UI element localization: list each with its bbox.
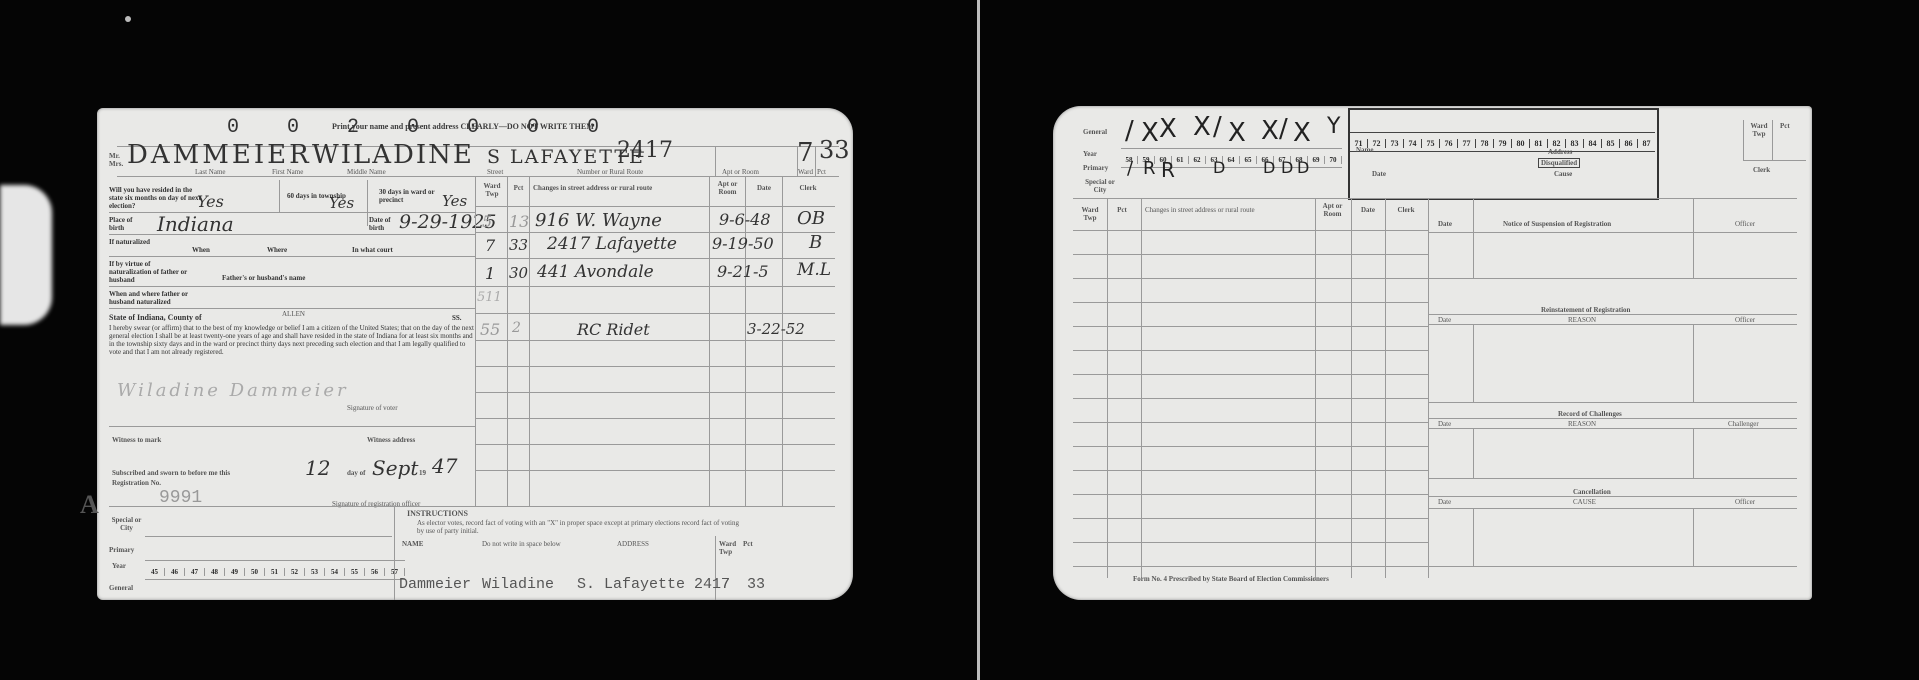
grid-label-general: General (109, 584, 133, 592)
back-col-date: Date (1351, 206, 1385, 214)
state-county-label: State of Indiana, County of (109, 314, 229, 322)
footer-label-name: NAME (402, 540, 423, 548)
section-letter: A (80, 490, 99, 520)
suspension-title: Notice of Suspension of Registration (1503, 220, 1611, 228)
vote-mark: / (1213, 112, 1222, 142)
grid-label-special: Special or City (109, 516, 144, 532)
vote-mark: Y (1327, 114, 1340, 139)
boxed-date-label: Date (1372, 170, 1386, 178)
typed-pct: 33 (747, 576, 765, 593)
reinstatement-date-label: Date (1438, 316, 1451, 324)
vote-mark: X (1193, 112, 1211, 142)
typed-address: S. Lafayette 2417 (577, 576, 730, 593)
place-of-birth-label: Place of birth (109, 216, 149, 232)
instructions-title: INSTRUCTIONS (407, 510, 468, 518)
street-number-value: 2417 (617, 138, 673, 163)
vote-mark: X (1228, 118, 1246, 148)
vote-mark: X (1159, 114, 1177, 144)
challenges-reason-label: REASON (1568, 420, 1596, 428)
voter-signature-label: Signature of voter (347, 404, 398, 412)
grid-label-year: Year (112, 562, 126, 570)
reinstatement-title: Reinstatement of Registration (1541, 306, 1630, 314)
primary-mark: R (1143, 158, 1156, 179)
last-name-value: DAMMEIER (127, 140, 312, 170)
naturalized-court-label: In what court (352, 246, 432, 254)
suspension-officer-label: Officer (1735, 220, 1755, 228)
ss-label: SS. (452, 314, 472, 322)
front-col-clerk: Clerk (783, 184, 833, 192)
ward-residency-label: 30 days in ward or precinct (379, 188, 449, 204)
boxed-year-grid: 7172737475767778798081828384858687 Name … (1348, 108, 1659, 200)
primary-mark: R (1161, 158, 1175, 182)
residency-question: Will you have resided in the state six m… (109, 186, 204, 210)
boxed-name-label: Name (1356, 146, 1374, 154)
father-when-label: When and where father or husband natural… (109, 290, 204, 306)
label-pct: Pct (817, 168, 826, 176)
pct-value: 33 (819, 136, 850, 164)
back-col-apt: Apt or Room (1316, 202, 1349, 218)
footer-label-donotwrite: Do not write in space below (482, 540, 561, 548)
label-street: Street (487, 168, 503, 176)
subscribed-day: 12 (305, 456, 330, 480)
front-col-date: Date (746, 184, 782, 192)
out-of-frame-card-edge (0, 185, 52, 325)
oath-text: I hereby swear (or affirm) that to the b… (109, 324, 475, 356)
front-col-pct: Pct (508, 184, 529, 192)
boxed-cause-label: Cause (1554, 170, 1572, 178)
primary-mark: D (1297, 158, 1309, 177)
form-footer: Form No. 4 Prescribed by State Board of … (1133, 575, 1329, 583)
father-name-label: Father's or husband's name (222, 274, 352, 282)
label-first-name: First Name (272, 168, 303, 176)
typed-first-name: Wiladine (482, 576, 554, 593)
cancellation-title: Cancellation (1573, 488, 1611, 496)
back-label-general: General (1083, 128, 1107, 136)
challenges-title: Record of Challenges (1558, 410, 1622, 418)
footer-label-ward: Ward Twp (719, 540, 739, 556)
cancellation-date-label: Date (1438, 498, 1451, 506)
back-col-changes: Changes in street address or rural route (1145, 206, 1255, 214)
back-label-year: Year (1083, 150, 1097, 158)
label-ward: Ward (798, 168, 813, 176)
voter-signature: Wiladine Dammeier (117, 380, 349, 401)
back-col-ward: Ward Twp (1075, 206, 1105, 222)
back-col-clerk: Clerk (1386, 206, 1426, 214)
reinstatement-reason-label: REASON (1568, 316, 1596, 324)
vote-mark: X (1141, 118, 1159, 148)
primary-mark: D (1263, 158, 1275, 177)
back-col-pct: Pct (1107, 206, 1137, 214)
vote-mark: / (1125, 116, 1134, 146)
front-col-changes: Changes in street address or rural route (533, 184, 652, 192)
title-prefix: Mr. Mrs. (109, 152, 125, 168)
instructions-text: As elector votes, record fact of voting … (417, 519, 747, 535)
vote-mark: X (1261, 116, 1279, 146)
place-of-birth-value: Indiana (157, 212, 234, 236)
challenges-challenger-label: Challenger (1728, 420, 1759, 428)
naturalized-when-label: When (192, 246, 232, 254)
boxed-disqualified-label: Disqualified (1538, 158, 1580, 168)
registration-card-front: 0 0 2 0 0 0 0 Print your name and presen… (97, 108, 853, 600)
suspension-date-label: Date (1438, 220, 1452, 228)
front-col-apt: Apt or Room (710, 180, 745, 196)
witness-address-label: Witness address (367, 436, 415, 444)
subscribed-month: Sept (372, 456, 418, 480)
primary-mark: / (1127, 158, 1133, 179)
first-name-value: WILADINE (312, 140, 474, 170)
page-divider (977, 0, 980, 680)
dust-speck (125, 16, 131, 22)
grid-label-primary: Primary (109, 546, 134, 554)
back-label-primary: Primary (1083, 164, 1108, 172)
township-answer: Yes (329, 194, 354, 212)
residency-state-answer: Yes (197, 192, 224, 211)
registration-no-value: 9991 (159, 488, 202, 508)
boxed-address-label: Address (1548, 148, 1572, 156)
back-clerk-label: Clerk (1753, 166, 1770, 174)
naturalized-label: If naturalized (109, 238, 159, 246)
typed-last-name: Dammeier (399, 576, 471, 593)
cancellation-cause-label: CAUSE (1573, 498, 1596, 506)
label-number: Number or Rural Route (577, 168, 643, 176)
registration-card-back: General Year Primary Special or City 585… (1053, 106, 1812, 600)
year-prefix: 19 (419, 469, 426, 477)
label-middle-name: Middle Name (347, 168, 386, 176)
typed-ward: 7 (721, 576, 730, 593)
registration-no-label: Registration No. (112, 479, 161, 487)
vote-mark: / (1279, 114, 1288, 144)
header-instruction: Print your name and present address CLEA… (332, 122, 594, 131)
cancellation-officer-label: Officer (1735, 498, 1755, 506)
challenges-date-label: Date (1438, 420, 1451, 428)
primary-mark: D (1281, 158, 1293, 177)
back-label-special: Special or City (1083, 178, 1117, 194)
footer-label-pct: Pct (743, 540, 753, 548)
vote-mark: X (1293, 118, 1311, 148)
county-value: ALLEN (282, 310, 305, 318)
front-col-ward: Ward Twp (477, 182, 507, 198)
naturalization-father-label: If by virtue of naturalization of father… (109, 260, 194, 284)
primary-mark: D (1213, 158, 1225, 177)
day-of-label: day of (347, 469, 365, 477)
ward-residency-answer: Yes (442, 192, 467, 210)
label-apt: Apt or Room (722, 168, 759, 176)
reinstatement-officer-label: Officer (1735, 316, 1755, 324)
subscribed-label: Subscribed and sworn to before me this (112, 469, 230, 477)
label-last-name: Last Name (195, 168, 226, 176)
naturalized-where-label: Where (267, 246, 307, 254)
front-year-row: 45464748495051525354555657 (145, 560, 405, 580)
witness-label: Witness to mark (112, 436, 161, 444)
back-ward-box: Ward Twp Pct (1743, 120, 1806, 161)
ward-value: 7 (797, 138, 814, 168)
subscribed-year: 47 (432, 454, 457, 478)
footer-label-address: ADDRESS (617, 540, 649, 548)
